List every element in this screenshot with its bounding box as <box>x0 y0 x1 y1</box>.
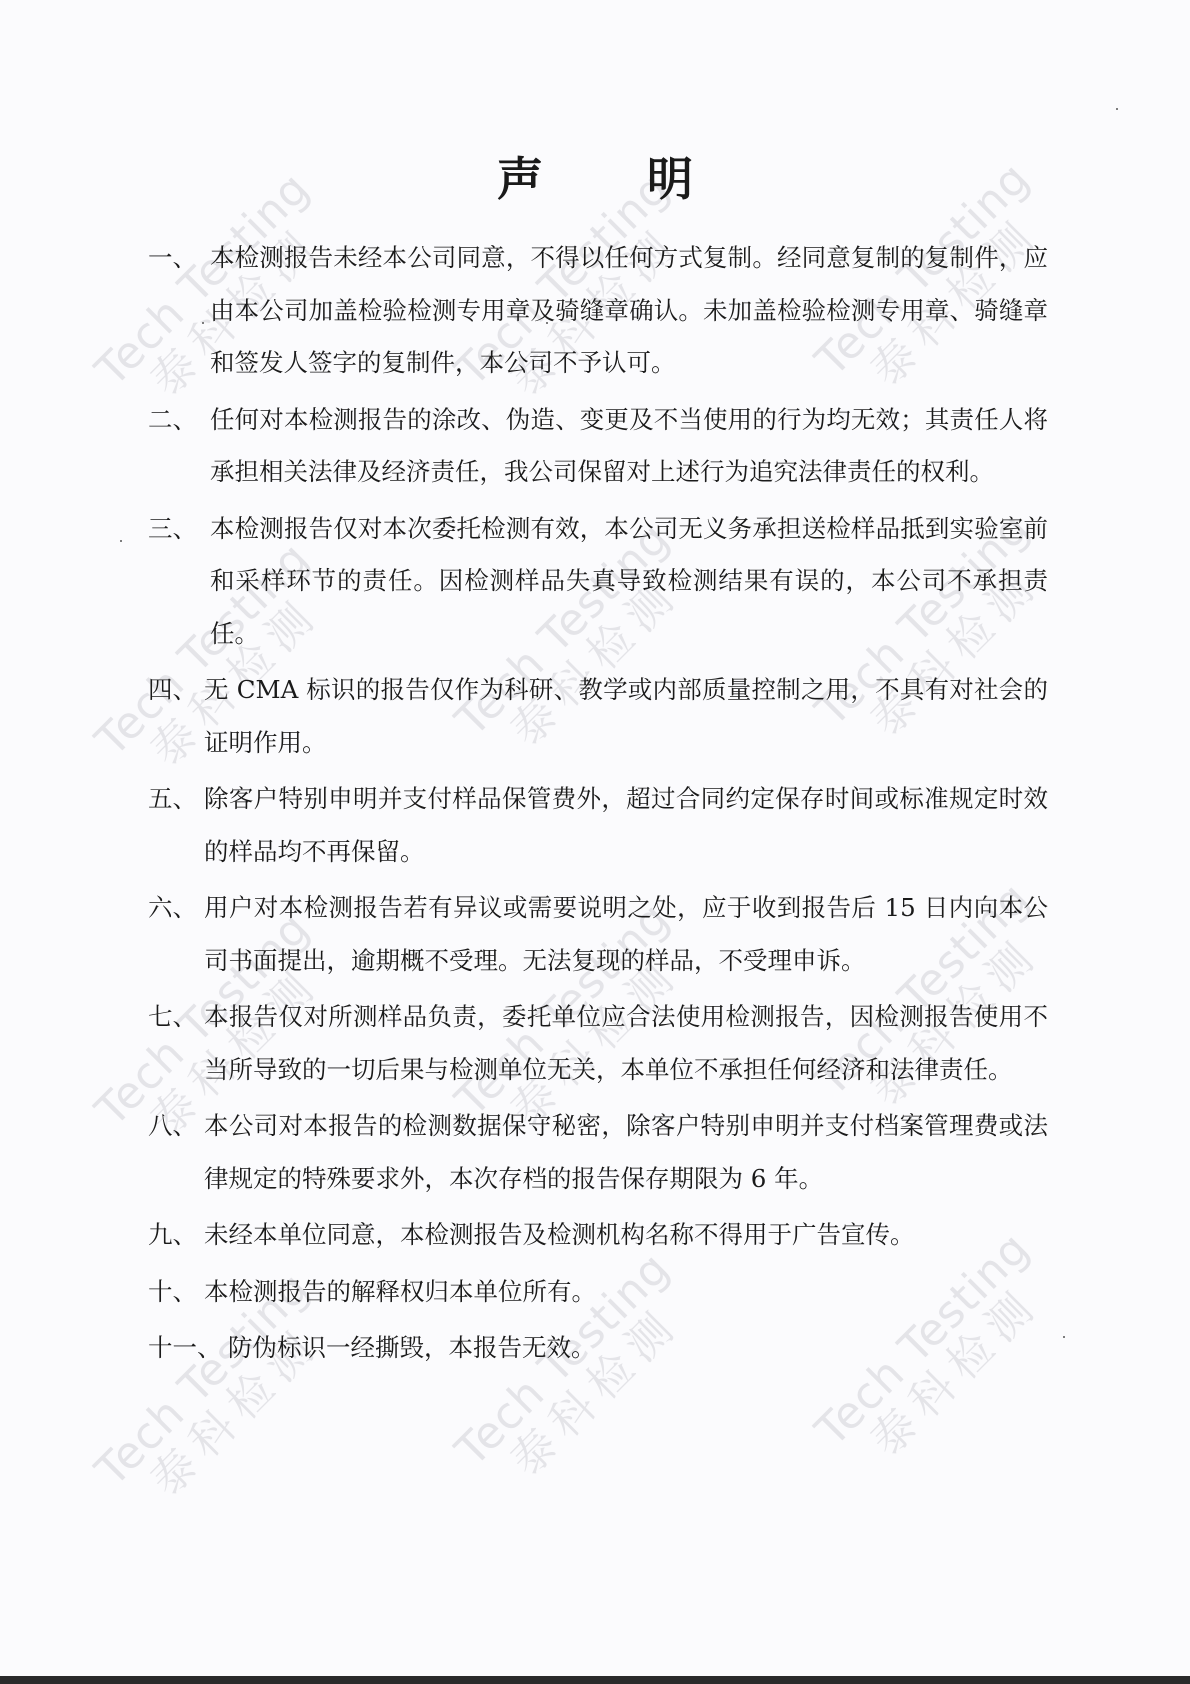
item-text: 本检测报告未经本公司同意，不得以任何方式复制。经同意复制的复制件，应由本公司加盖… <box>148 232 1048 390</box>
item-text: 本公司对本报告的检测数据保守秘密，除客户特别申明并支付档案管理费或法律规定的特殊… <box>148 1100 1048 1205</box>
document-page: Tech Testing泰科检测 Tech Testing泰科检测 Tech T… <box>0 0 1190 1676</box>
statement-item: 一、 本检测报告未经本公司同意，不得以任何方式复制。经同意复制的复制件，应由本公… <box>148 232 1048 390</box>
item-number: 十一、 <box>148 1322 222 1375</box>
item-number: 一、 <box>148 232 197 285</box>
scan-speck <box>1063 1336 1065 1338</box>
statement-item: 八、 本公司对本报告的检测数据保守秘密，除客户特别申明并支付档案管理费或法律规定… <box>148 1100 1048 1205</box>
item-text: 本报告仅对所测样品负责，委托单位应合法使用检测报告，因检测报告使用不当所导致的一… <box>148 991 1048 1096</box>
page-title: 声明 <box>0 143 1190 209</box>
statement-item: 十一、 防伪标识一经撕毁，本报告无效。 <box>148 1322 1048 1375</box>
item-text: 除客户特别申明并支付样品保管费外，超过合同约定保存时间或标准规定时效的样品均不再… <box>148 773 1048 878</box>
item-number: 十、 <box>148 1266 197 1319</box>
item-text: 未经本单位同意，本检测报告及检测机构名称不得用于广告宣传。 <box>148 1209 1048 1262</box>
item-number: 六、 <box>148 882 197 935</box>
statement-item: 三、 本检测报告仅对本次委托检测有效，本公司无义务承担送检样品抵到实验室前和采样… <box>148 503 1048 661</box>
item-number: 九、 <box>148 1209 197 1262</box>
item-text: 防伪标识一经撕毁，本报告无效。 <box>148 1322 1048 1375</box>
statement-item: 四、 无 CMA 标识的报告仅作为科研、教学或内部质量控制之用，不具有对社会的证… <box>148 664 1048 769</box>
statement-item: 十、 本检测报告的解释权归本单位所有。 <box>148 1266 1048 1319</box>
statement-item: 二、 任何对本检测报告的涂改、伪造、变更及不当使用的行为均无效；其责任人将承担相… <box>148 394 1048 499</box>
item-text: 本检测报告仅对本次委托检测有效，本公司无义务承担送检样品抵到实验室前和采样环节的… <box>148 503 1048 661</box>
scan-edge-bar <box>0 1676 1190 1684</box>
statement-item: 七、 本报告仅对所测样品负责，委托单位应合法使用检测报告，因检测报告使用不当所导… <box>148 991 1048 1096</box>
item-text: 任何对本检测报告的涂改、伪造、变更及不当使用的行为均无效；其责任人将承担相关法律… <box>148 394 1048 499</box>
statement-item: 九、 未经本单位同意，本检测报告及检测机构名称不得用于广告宣传。 <box>148 1209 1048 1262</box>
statement-item: 六、 用户对本检测报告若有异议或需要说明之处，应于收到报告后 15 日内向本公司… <box>148 882 1048 987</box>
statement-item: 五、 除客户特别申明并支付样品保管费外，超过合同约定保存时间或标准规定时效的样品… <box>148 773 1048 878</box>
item-text: 无 CMA 标识的报告仅作为科研、教学或内部质量控制之用，不具有对社会的证明作用… <box>148 664 1048 769</box>
scan-speck <box>1116 108 1118 110</box>
item-text: 用户对本检测报告若有异议或需要说明之处，应于收到报告后 15 日内向本公司书面提… <box>148 882 1048 987</box>
item-number: 五、 <box>148 773 197 826</box>
statement-list: 一、 本检测报告未经本公司同意，不得以任何方式复制。经同意复制的复制件，应由本公… <box>148 232 1048 1375</box>
item-number: 七、 <box>148 991 197 1044</box>
item-number: 四、 <box>148 664 197 717</box>
item-text: 本检测报告的解释权归本单位所有。 <box>148 1266 1048 1319</box>
item-number: 三、 <box>148 503 197 556</box>
title-char: 声 <box>497 143 543 209</box>
item-number: 二、 <box>148 394 197 447</box>
item-number: 八、 <box>148 1100 197 1153</box>
title-char: 明 <box>647 143 693 209</box>
scan-speck <box>120 540 122 542</box>
